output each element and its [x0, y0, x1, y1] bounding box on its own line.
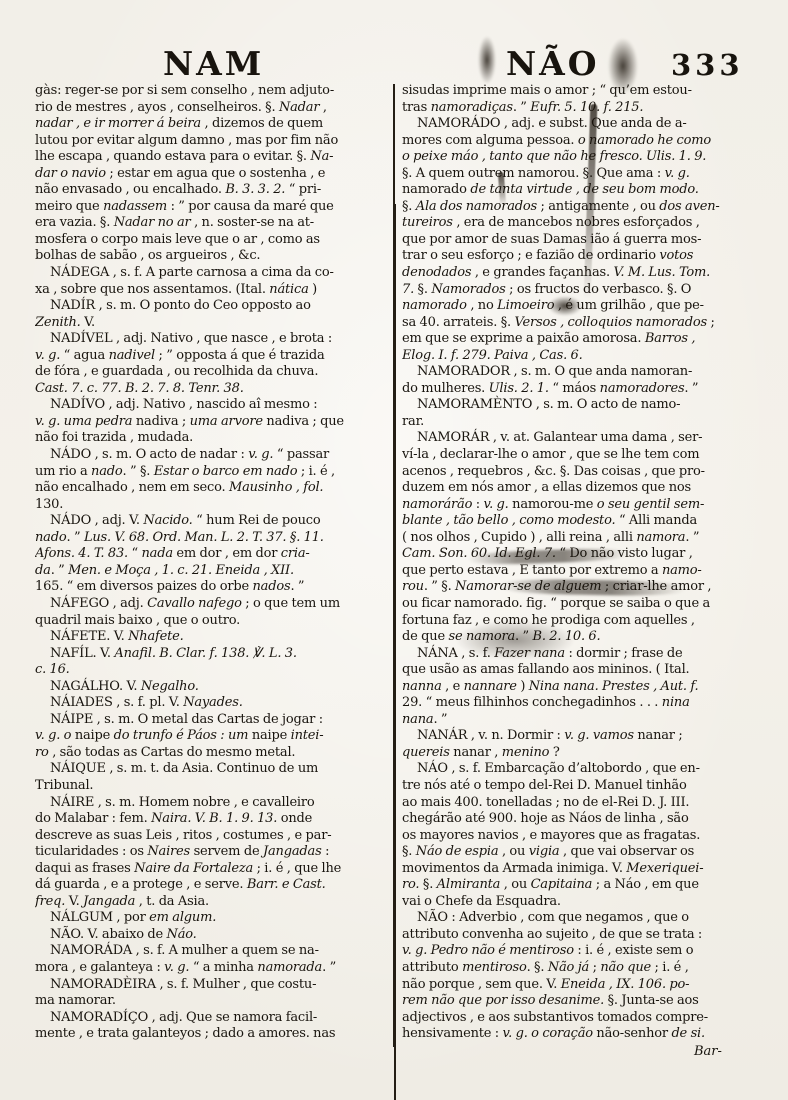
text-line: rou. ” §. Namorar-se de alguem ; criar-l…	[402, 579, 764, 596]
text-line: §. A quem outrem namorou. §. Que ama : v…	[402, 166, 764, 183]
text-line: NAMORAMÈNTO , s. m. O acto de namo-	[402, 397, 764, 414]
text-line: que usão as amas fallando aos mininos. (…	[402, 662, 764, 679]
text-line: Zenith. V.	[35, 315, 392, 332]
text-line: attributo convenha ao sujeito , de que s…	[402, 927, 764, 944]
text-line: hensivamente : v. g. o coração não-senho…	[402, 1026, 764, 1043]
text-line: do mulheres. Ulis. 2. 1. “ máos namorado…	[402, 381, 764, 398]
text-line: NÁIQUE , s. m. t. da Asia. Continuo de u…	[35, 761, 392, 778]
text-line: rio de mestres , ayos , conselheiros. §.…	[35, 100, 392, 117]
text-line: mores com alguma pessoa. o namorado he c…	[402, 133, 764, 150]
text-line: quereis nanar , menino ?	[402, 745, 764, 762]
text-line: os mayores navios , e mayores que as fra…	[402, 828, 764, 845]
text-line: ro , são todas as Cartas do mesmo metal.	[35, 745, 392, 762]
text-line: que por amor de suas Damas ião á guerra …	[402, 232, 764, 249]
text-line: trar o seu esforço ; e fazião de ordinar…	[402, 248, 764, 265]
text-line: mente , e trata galanteyos ; dado a amor…	[35, 1026, 392, 1043]
text-line: de fóra , e guardada , ou recolhida da c…	[35, 364, 392, 381]
text-line: NÁDO , s. m. O acto de nadar : v. g. “ p…	[35, 447, 392, 464]
ink-smudge	[478, 36, 496, 84]
text-line: 165. “ em diversos paizes do orbe nados.…	[35, 579, 392, 596]
text-line: NÃO : Adverbio , com que negamos , que o	[402, 910, 764, 927]
text-line: o peixe máo , tanto que não he fresco. U…	[402, 149, 764, 166]
text-line: NÁIRE , s. m. Homem nobre , e cavalleiro	[35, 795, 392, 812]
page-number: 333	[671, 48, 744, 82]
text-line: Afons. 4. T. 83. “ nada em dor , em dor …	[35, 546, 392, 563]
text-line: NAMORADÈIRA , s. f. Mulher , que costu-	[35, 977, 392, 994]
text-line: em que se exprime a paixão amorosa. Barr…	[402, 331, 764, 348]
text-line: namorárão : v. g. namorou-me o seu genti…	[402, 497, 764, 514]
text-line: NADÍR , s. m. O ponto do Ceo opposto ao	[35, 298, 392, 315]
text-line: vai o Chefe da Esquadra.	[402, 894, 764, 911]
text-line: NÁFETE. V. Nhafete.	[35, 629, 392, 646]
text-line: tre nós até o tempo del-Rei D. Manuel ti…	[402, 778, 764, 795]
text-line: v. g. uma pedra nadiva ; uma arvore nadi…	[35, 414, 392, 431]
text-line: NÁLGUM , por em algum.	[35, 910, 392, 927]
text-line: ou ficar namorado. fig. “ porque se saib…	[402, 596, 764, 613]
text-line: Cam. Son. 60. Id. Egl. 7. “ Do não visto…	[402, 546, 764, 563]
text-line: bolhas de sabão , os argueiros , &c.	[35, 248, 392, 265]
text-line: Tribunal.	[35, 778, 392, 795]
text-line: do Malabar : fem. Naira. V. B. 1. 9. 13.…	[35, 811, 392, 828]
column-divider-rule	[393, 84, 395, 1047]
text-line: NAFÍL. V. Anafil. B. Clar. f. 138. ℣. L.…	[35, 646, 392, 663]
text-line: xa , sobre que nos assentamos. (Ital. ná…	[35, 282, 392, 299]
running-title-right: NÃO	[506, 44, 600, 83]
text-line: gàs: reger-se por si sem conselho , nem …	[35, 83, 392, 100]
text-line: lhe escapa , quando estava para o evitar…	[35, 149, 392, 166]
text-line: 7. §. Namorados ; os fructos do verbasco…	[402, 282, 764, 299]
text-line: mosfera o corpo mais leve que o ar , com…	[35, 232, 392, 249]
text-line: NÁFEGO , adj. Cavallo nafego ; o que tem…	[35, 596, 392, 613]
text-line: NÁO , s. f. Embarcação d’altobordo , que…	[402, 761, 764, 778]
text-line: daqui as frases Naire da Fortaleza ; i. …	[35, 861, 392, 878]
text-line: nado. ” Lus. V. 68. Ord. Man. L. 2. T. 3…	[35, 530, 392, 547]
text-line: 130.	[35, 497, 392, 514]
catchword: Bar-	[694, 1044, 722, 1059]
text-line: fortuna faz , e como he prodiga com aque…	[402, 613, 764, 630]
text-line: NAGÁLHO. V. Negalho.	[35, 679, 392, 696]
text-line: v. g. “ agua nadivel ; ” opposta á que é…	[35, 348, 392, 365]
text-line: ( nos olhos , Cupido ) , alli reina , al…	[402, 530, 764, 547]
text-line: chegárão até 900. hoje as Náos de linha …	[402, 811, 764, 828]
text-line: namorado , no Limoeiro , é um grilhão , …	[402, 298, 764, 315]
text-line: que perto estava , E tanto por extremo a…	[402, 563, 764, 580]
text-column-left: gàs: reger-se por si sem conselho , nem …	[35, 83, 392, 1051]
text-line: Cast. 7. c. 77. B. 2. 7. 8. Tenr. 38.	[35, 381, 392, 398]
text-line: dar o navio ; estar em agua que o sosten…	[35, 166, 392, 183]
text-line: v. g. o naipe do trunfo é Páos : um naip…	[35, 728, 392, 745]
running-title-left: NAM	[163, 44, 264, 83]
text-line: Elog. I. f. 279. Paiva , Cas. 6.	[402, 348, 764, 365]
text-line: tureiros , era de mancebos nobres esforç…	[402, 215, 764, 232]
text-line: blante , tão bello , como modesto. “ All…	[402, 513, 764, 530]
text-column-right: sisudas imprime mais o amor ; “ qu’em es…	[402, 83, 764, 1051]
text-line: ma namorar.	[35, 993, 392, 1010]
text-line: NÃO. V. abaixo de Náo.	[35, 927, 392, 944]
text-line: denodados , e grandes façanhas. V. M. Lu…	[402, 265, 764, 282]
text-line: ro. §. Almiranta , ou Capitaina ; a Náo …	[402, 877, 764, 894]
text-line: descreve as suas Leis , ritos , costumes…	[35, 828, 392, 845]
text-line: attributo mentiroso. §. Não já ; não que…	[402, 960, 764, 977]
dictionary-page-scan: NAM NÃO 333 gàs: reger-se por si sem con…	[0, 0, 788, 1100]
text-line: de que se namora. ” B. 2. 10. 6.	[402, 629, 764, 646]
text-line: NANÁR , v. n. Dormir : v. g. vamos nanar…	[402, 728, 764, 745]
text-line: tras namoradiças. ” Eufr. 5. 10. f. 215.	[402, 100, 764, 117]
text-line: NAMORADÍÇO , adj. Que se namora facil-	[35, 1010, 392, 1027]
text-line: §. Náo de espia , ou vigia , que vai obs…	[402, 844, 764, 861]
text-line: freq. V. Jangada , t. da Asia.	[35, 894, 392, 911]
text-line: NÁNA , s. f. Fazer nana : dormir ; frase…	[402, 646, 764, 663]
text-line: nadar , e ir morrer á beira , dizemos de…	[35, 116, 392, 133]
text-line: c. 16.	[35, 662, 392, 679]
text-line: mora , e galanteya : v. g. “ a minha nam…	[35, 960, 392, 977]
text-line: lutou por evitar algum damno , mas por f…	[35, 133, 392, 150]
text-line: adjectivos , e aos substantivos tomados …	[402, 1010, 764, 1027]
text-line: NAMORADOR , s. m. O que anda namoran-	[402, 364, 764, 381]
text-line: NÁDEGA , s. f. A parte carnosa a cima da…	[35, 265, 392, 282]
text-line: nanna , e nannare ) Nina nana. Prestes ,…	[402, 679, 764, 696]
text-line: nana. ”	[402, 712, 764, 729]
text-line: não foi trazida , mudada.	[35, 430, 392, 447]
text-line: ao mais 400. tonelladas ; no de el-Rei D…	[402, 795, 764, 812]
text-line: NÁIADES , s. f. pl. V. Nayades.	[35, 695, 392, 712]
text-line: 29. “ meus filhinhos conchegadinhos . . …	[402, 695, 764, 712]
text-line: ví-la , declarar-lhe o amor , que se lhe…	[402, 447, 764, 464]
text-line: dá guarda , e a protege , e serve. Barr.…	[35, 877, 392, 894]
text-line: rem não que por isso desanime. §. Junta-…	[402, 993, 764, 1010]
text-line: ticularidades : os Naires servem de Jang…	[35, 844, 392, 861]
text-line: NADÍVEL , adj. Nativo , que nasce , e br…	[35, 331, 392, 348]
text-line: NÁIPE , s. m. O metal das Cartas de joga…	[35, 712, 392, 729]
text-line: sa 40. arrateis. §. Versos , colloquios …	[402, 315, 764, 332]
text-line: NAMORÁDA , s. f. A mulher a quem se na-	[35, 943, 392, 960]
text-line: NAMORÁDO , adj. e subst. Que anda de a-	[402, 116, 764, 133]
text-line: da. ” Men. e Moça , 1. c. 21. Eneida , X…	[35, 563, 392, 580]
text-line: um rio a nado. ” §. Estar o barco em nad…	[35, 464, 392, 481]
text-line: não encalhado , nem em seco. Mausinho , …	[35, 480, 392, 497]
text-line: v. g. Pedro não é mentiroso : i. é , exi…	[402, 943, 764, 960]
text-line: duzem em nós amor , a ellas dizemos que …	[402, 480, 764, 497]
text-line: rar.	[402, 414, 764, 431]
text-line: NÁDO , adj. V. Nacido. “ hum Rei de pouc…	[35, 513, 392, 530]
text-line: não porque , sem que. V. Eneida , IX. 10…	[402, 977, 764, 994]
text-line: não envasado , ou encalhado. B. 3. 3. 2.…	[35, 182, 392, 199]
text-line: movimentos da Armada inimiga. V. Mexeriq…	[402, 861, 764, 878]
text-line: acenos , requebros , &c. §. Das coisas ,…	[402, 464, 764, 481]
text-line: era vazia. §. Nadar no ar , n. soster-se…	[35, 215, 392, 232]
text-line: §. Ala dos namorados ; antigamente , ou …	[402, 199, 764, 216]
text-line: NAMORÁR , v. at. Galantear uma dama , se…	[402, 430, 764, 447]
text-line: NADÍVO , adj. Nativo , nascido aî mesmo …	[35, 397, 392, 414]
text-line: meiro que nadassem : ” por causa da maré…	[35, 199, 392, 216]
text-line: namorado de tanta virtude , de seu bom m…	[402, 182, 764, 199]
text-line: sisudas imprime mais o amor ; “ qu’em es…	[402, 83, 764, 100]
text-line: quadril mais baixo , que o outro.	[35, 613, 392, 630]
